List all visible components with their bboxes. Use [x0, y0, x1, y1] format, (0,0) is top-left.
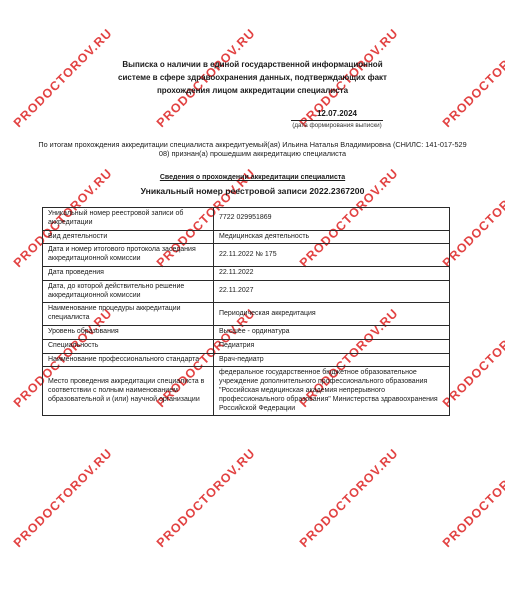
- row-label: Дата проведения: [43, 266, 214, 280]
- title-line: системе в сфере здравоохранения данных, …: [0, 71, 505, 84]
- intro-paragraph: По итогам прохождения аккредитации специ…: [18, 141, 487, 159]
- row-label: Наименование процедуры аккредитации спец…: [43, 303, 214, 326]
- row-value: Высшее - ординатура: [214, 325, 450, 339]
- row-label: Специальность: [43, 339, 214, 353]
- row-value: Врач-педиатр: [214, 353, 450, 367]
- table-row: Дата и номер итогового протокола заседан…: [43, 244, 450, 267]
- table-row: Наименование профессионального стандарта…: [43, 353, 450, 367]
- row-value: Медицинская деятельность: [214, 230, 450, 244]
- document-page: PRODOCTOROV.RUPRODOCTOROV.RUPRODOCTOROV.…: [0, 0, 505, 600]
- document-title: Выписка о наличии в единой государственн…: [0, 58, 505, 97]
- table-row: Наименование процедуры аккредитации спец…: [43, 303, 450, 326]
- table-row: Дата проведения22.11.2022: [43, 266, 450, 280]
- row-label: Место проведения аккредитации специалист…: [43, 367, 214, 416]
- table-row: Уникальный номер реестровой записи об ак…: [43, 208, 450, 231]
- row-label: Вид деятельности: [43, 230, 214, 244]
- title-line: прохождения лицом аккредитации специалис…: [0, 84, 505, 97]
- row-value: федеральное государственное бюджетное об…: [214, 367, 450, 416]
- row-value: 22.11.2027: [214, 280, 450, 303]
- issue-date-caption: (дата формирования выписки): [291, 121, 383, 129]
- table-row: СпециальностьПедиатрия: [43, 339, 450, 353]
- document-content: Выписка о наличии в единой государственн…: [0, 0, 505, 600]
- accreditation-table: Уникальный номер реестровой записи об ак…: [42, 207, 450, 416]
- row-value: Периодическая аккредитация: [214, 303, 450, 326]
- intro-line: 08) признан(а) прошедшим аккредитацию сп…: [18, 150, 487, 159]
- row-value: Педиатрия: [214, 339, 450, 353]
- table-row: Вид деятельностиМедицинская деятельность: [43, 230, 450, 244]
- row-value: 22.11.2022 № 175: [214, 244, 450, 267]
- registry-heading: Уникальный номер реестровой записи 2022.…: [0, 186, 505, 196]
- table-row: Уровень образованияВысшее - ординатура: [43, 325, 450, 339]
- row-label: Уникальный номер реестровой записи об ак…: [43, 208, 214, 231]
- issue-date-block: 12.07.2024 (дата формирования выписки): [291, 109, 383, 129]
- table-row: Место проведения аккредитации специалист…: [43, 367, 450, 416]
- row-label: Дата и номер итогового протокола заседан…: [43, 244, 214, 267]
- issue-date: 12.07.2024: [291, 109, 383, 121]
- row-label: Наименование профессионального стандарта: [43, 353, 214, 367]
- row-label: Уровень образования: [43, 325, 214, 339]
- section-title: Сведения о прохождении аккредитации спец…: [0, 174, 505, 181]
- row-value: 7722 029951869: [214, 208, 450, 231]
- row-label: Дата, до которой действительно решение а…: [43, 280, 214, 303]
- row-value: 22.11.2022: [214, 266, 450, 280]
- table-row: Дата, до которой действительно решение а…: [43, 280, 450, 303]
- title-line: Выписка о наличии в единой государственн…: [0, 58, 505, 71]
